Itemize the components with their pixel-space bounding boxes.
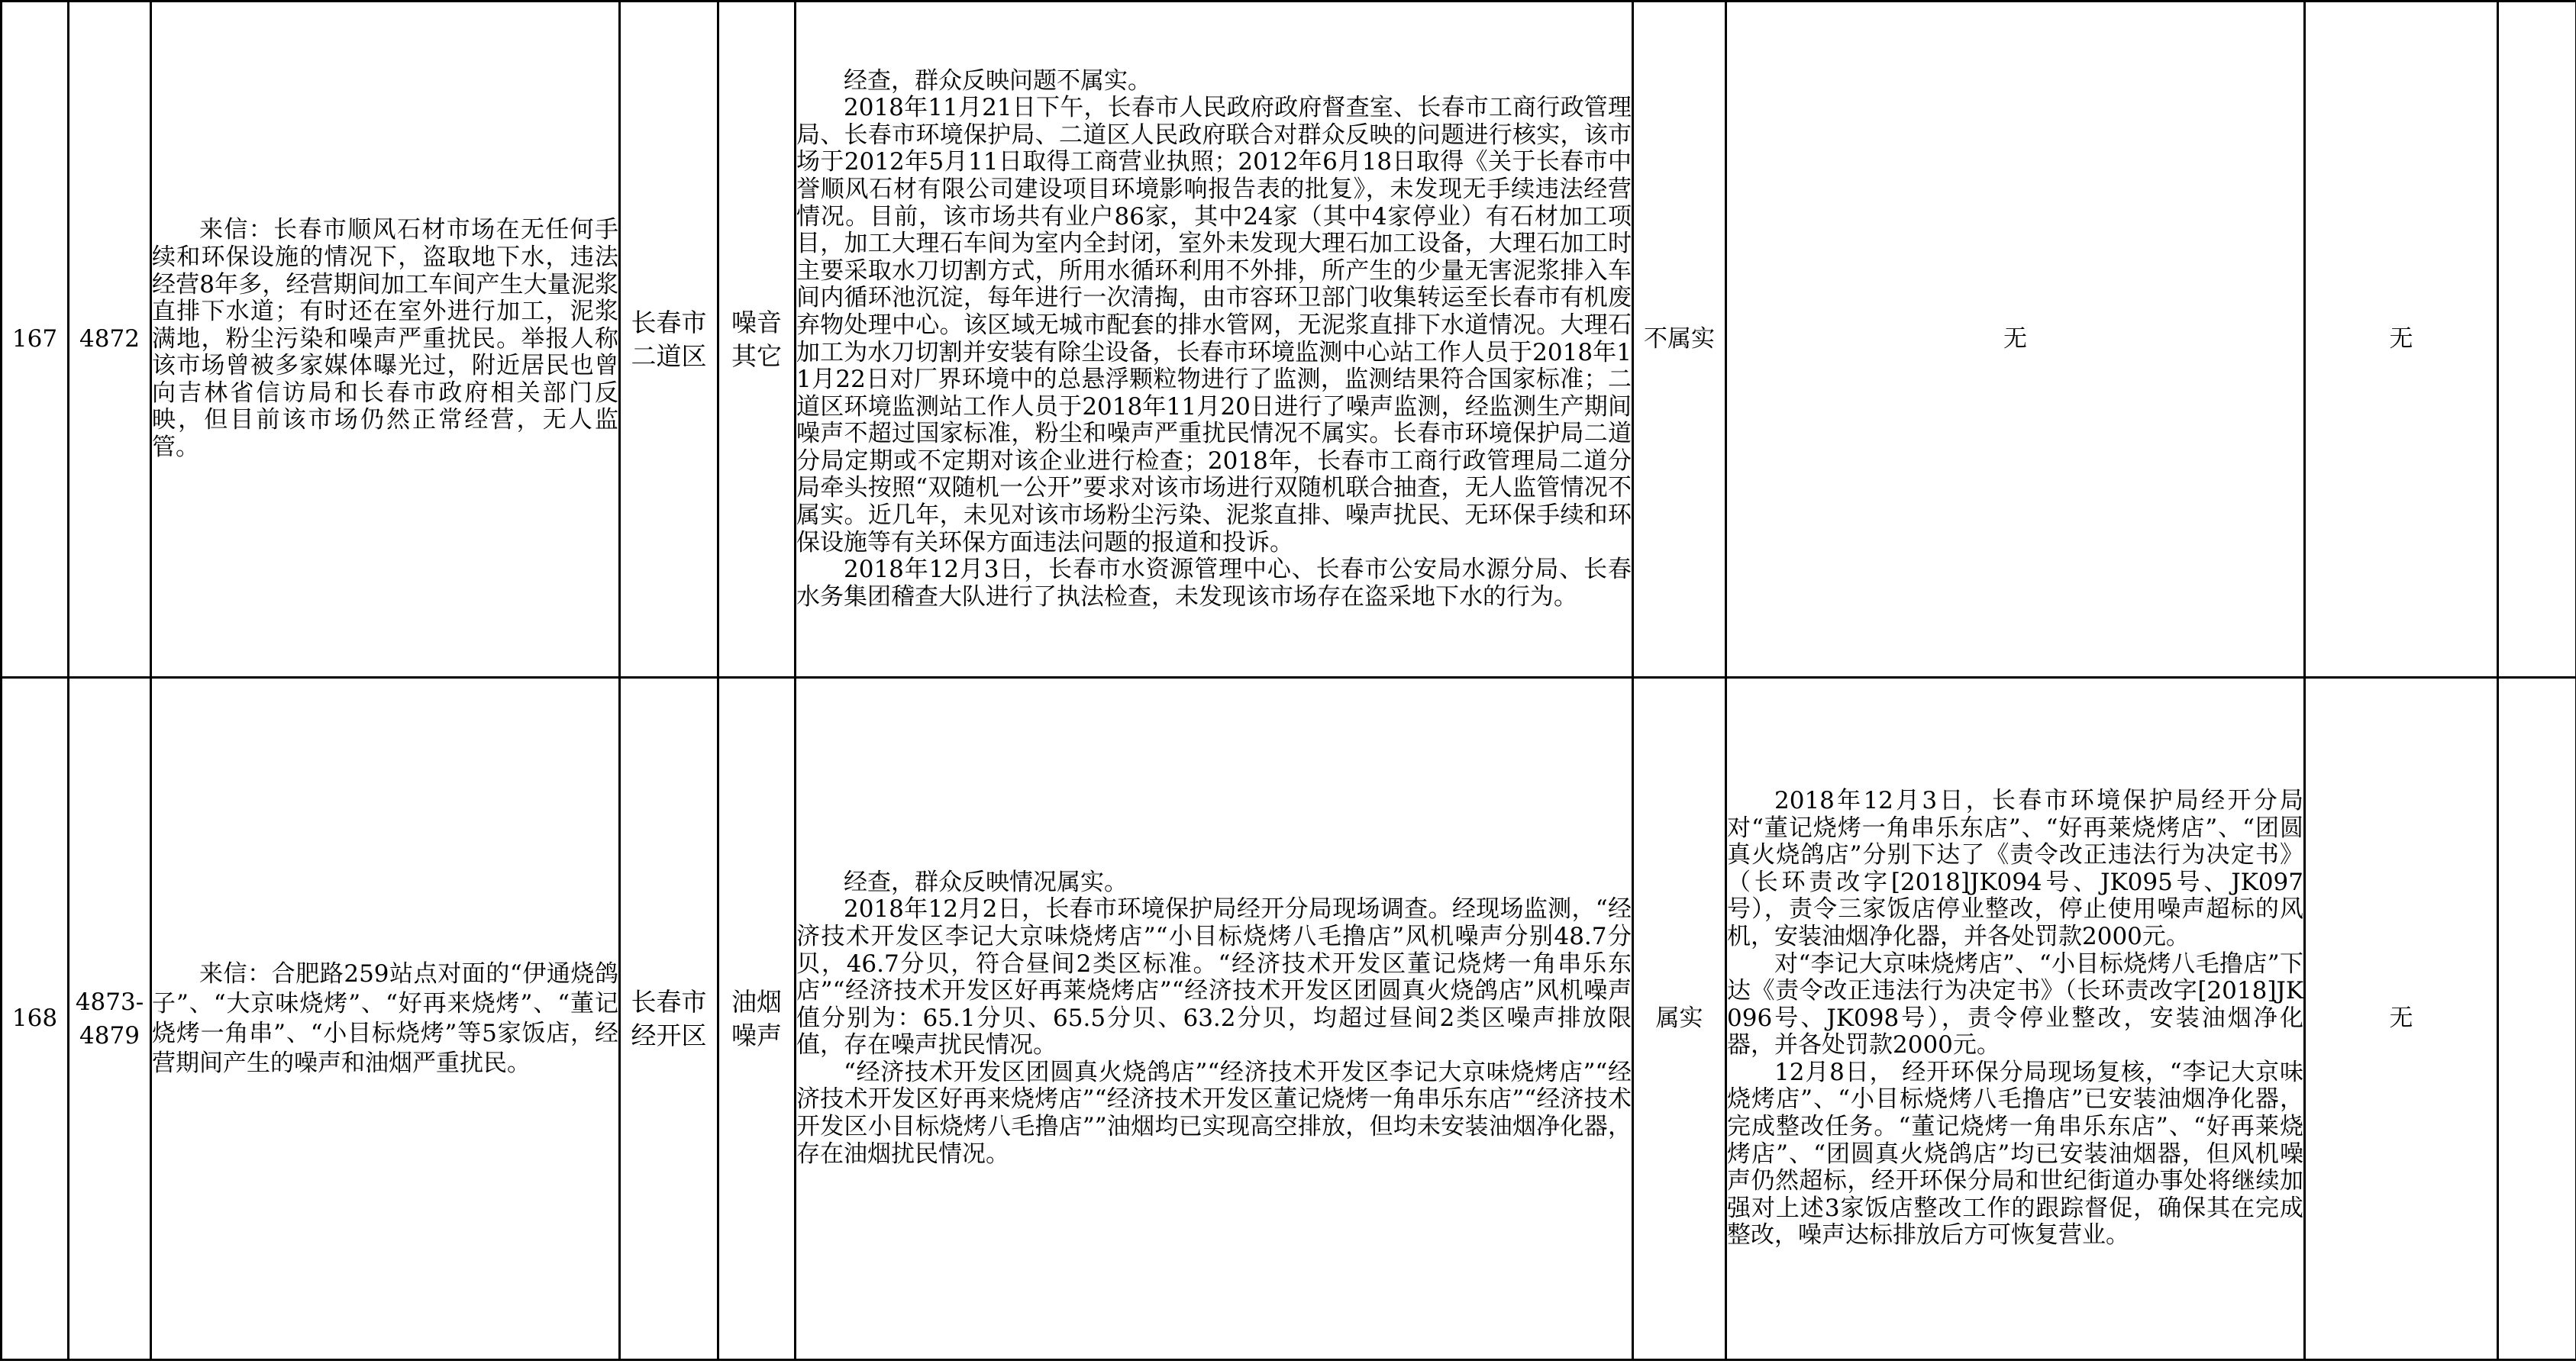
rectification-cell: 无: [1726, 2, 2305, 678]
complaint-cell: 来信：长春市顺风石材市场在无任何手续和环保设施的情况下，盗取地下水，违法经营8年…: [151, 2, 620, 678]
rectification-paragraph: 12月8日， 经开环保分局现场复核，“李记大京味烧烤店”、“小目标烧烤八毛撸店”…: [1727, 1059, 2303, 1250]
row-index-cell: 167: [2, 2, 69, 678]
remark-cell: [2498, 2, 2576, 678]
district-line: 长春市: [621, 985, 717, 1019]
district-line: 经开区: [621, 1019, 717, 1053]
category-cell: 油烟 噪声: [718, 678, 796, 1360]
category-line: 噪音: [719, 306, 794, 340]
investigation-paragraph: 2018年12月3日，长春市水资源管理中心、长春市公安局水源分局、长春水务集团稽…: [796, 556, 1632, 611]
investigation-paragraph: 经查，群众反映情况属实。: [796, 869, 1632, 897]
case-id-cell: 4873- 4879: [69, 678, 151, 1360]
row-index-cell: 168: [2, 678, 69, 1360]
investigation-paragraph: “经济技术开发区团圆真火烧鸽店”“经济技术开发区李记大京味烧烤店”“经济技术开发…: [796, 1059, 1632, 1168]
table-row: 168 4873- 4879 来信：合肥路259站点对面的“伊通烧鸽子”、“大京…: [2, 678, 2576, 1360]
accountability-cell: 无: [2305, 678, 2498, 1360]
case-id-line: 4879: [69, 1019, 150, 1053]
district-line: 二道区: [621, 340, 717, 373]
category-line: 噪声: [719, 1019, 794, 1053]
category-line: 油烟: [719, 985, 794, 1019]
verdict-cell: 属实: [1633, 678, 1726, 1360]
rectification-cell: 2018年12月3日，长春市环境保护局经开分局对“董记烧烤一角串乐东店”、“好再…: [1726, 678, 2305, 1360]
rectification-paragraph: 对“李记大京味烧烤店”、“小目标烧烤八毛撸店”下达《责令改正违法行为决定书》（长…: [1727, 951, 2303, 1059]
investigation-cell: 经查，群众反映问题不属实。 2018年11月21日下午，长春市人民政府政府督查室…: [796, 2, 1633, 678]
district-cell: 长春市 经开区: [620, 678, 718, 1360]
district-line: 长春市: [621, 306, 717, 340]
complaint-text: 来信：合肥路259站点对面的“伊通烧鸽子”、“大京味烧烤”、“好再来烧烤”、“董…: [152, 959, 618, 1079]
remark-cell: [2498, 678, 2576, 1360]
investigation-cell: 经查，群众反映情况属实。 2018年12月2日，长春市环境保护局经开分局现场调查…: [796, 678, 1633, 1360]
case-id-line: 4873-: [69, 985, 150, 1019]
investigation-paragraph: 2018年11月21日下午，长春市人民政府政府督查室、长春市工商行政管理局、长春…: [796, 95, 1632, 556]
district-cell: 长春市 二道区: [620, 2, 718, 678]
investigation-paragraph: 经查，群众反映问题不属实。: [796, 68, 1632, 95]
table-row: 167 4872 来信：长春市顺风石材市场在无任何手续和环保设施的情况下，盗取地…: [2, 2, 2576, 678]
category-cell: 噪音 其它: [718, 2, 796, 678]
case-id-cell: 4872: [69, 2, 151, 678]
complaint-cell: 来信：合肥路259站点对面的“伊通烧鸽子”、“大京味烧烤”、“好再来烧烤”、“董…: [151, 678, 620, 1360]
verdict-cell: 不属实: [1633, 2, 1726, 678]
category-line: 其它: [719, 340, 794, 373]
complaint-table: 167 4872 来信：长春市顺风石材市场在无任何手续和环保设施的情况下，盗取地…: [0, 0, 2576, 1361]
complaint-text: 来信：长春市顺风石材市场在无任何手续和环保设施的情况下，盗取地下水，违法经营8年…: [152, 217, 618, 461]
investigation-paragraph: 2018年12月2日，长春市环境保护局经开分局现场调查。经现场监测，“经济技术开…: [796, 896, 1632, 1059]
accountability-cell: 无: [2305, 2, 2498, 678]
rectification-paragraph: 2018年12月3日，长春市环境保护局经开分局对“董记烧烤一角串乐东店”、“好再…: [1727, 788, 2303, 951]
